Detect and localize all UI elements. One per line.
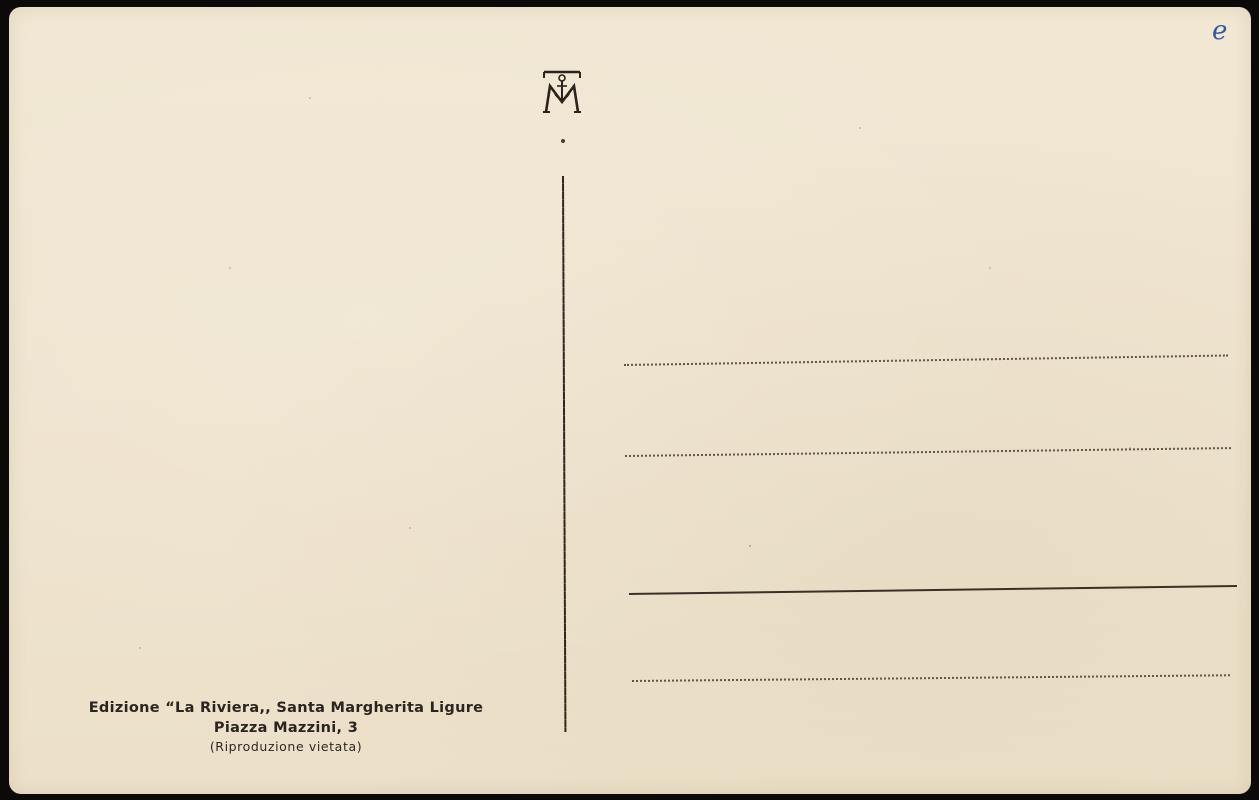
- handwritten-corner-mark: e: [1212, 18, 1227, 44]
- paper-speck: [309, 97, 311, 99]
- paper-speck: [139, 647, 141, 649]
- paper-speck: [749, 545, 751, 547]
- publisher-imprint: Edizione “La Riviera,, Santa Margherita …: [60, 698, 512, 756]
- reproduction-notice: (Riproduzione vietata): [60, 738, 512, 756]
- publisher-address: Piazza Mazzini, 3: [60, 718, 512, 738]
- paper-speck: [859, 127, 861, 129]
- publisher-name: Edizione “La Riviera,, Santa Margherita …: [60, 698, 512, 718]
- paper-speck: [229, 267, 231, 269]
- anchor-monogram-icon: [540, 68, 584, 116]
- paper-speck: [409, 527, 411, 529]
- paper-speck: [989, 267, 991, 269]
